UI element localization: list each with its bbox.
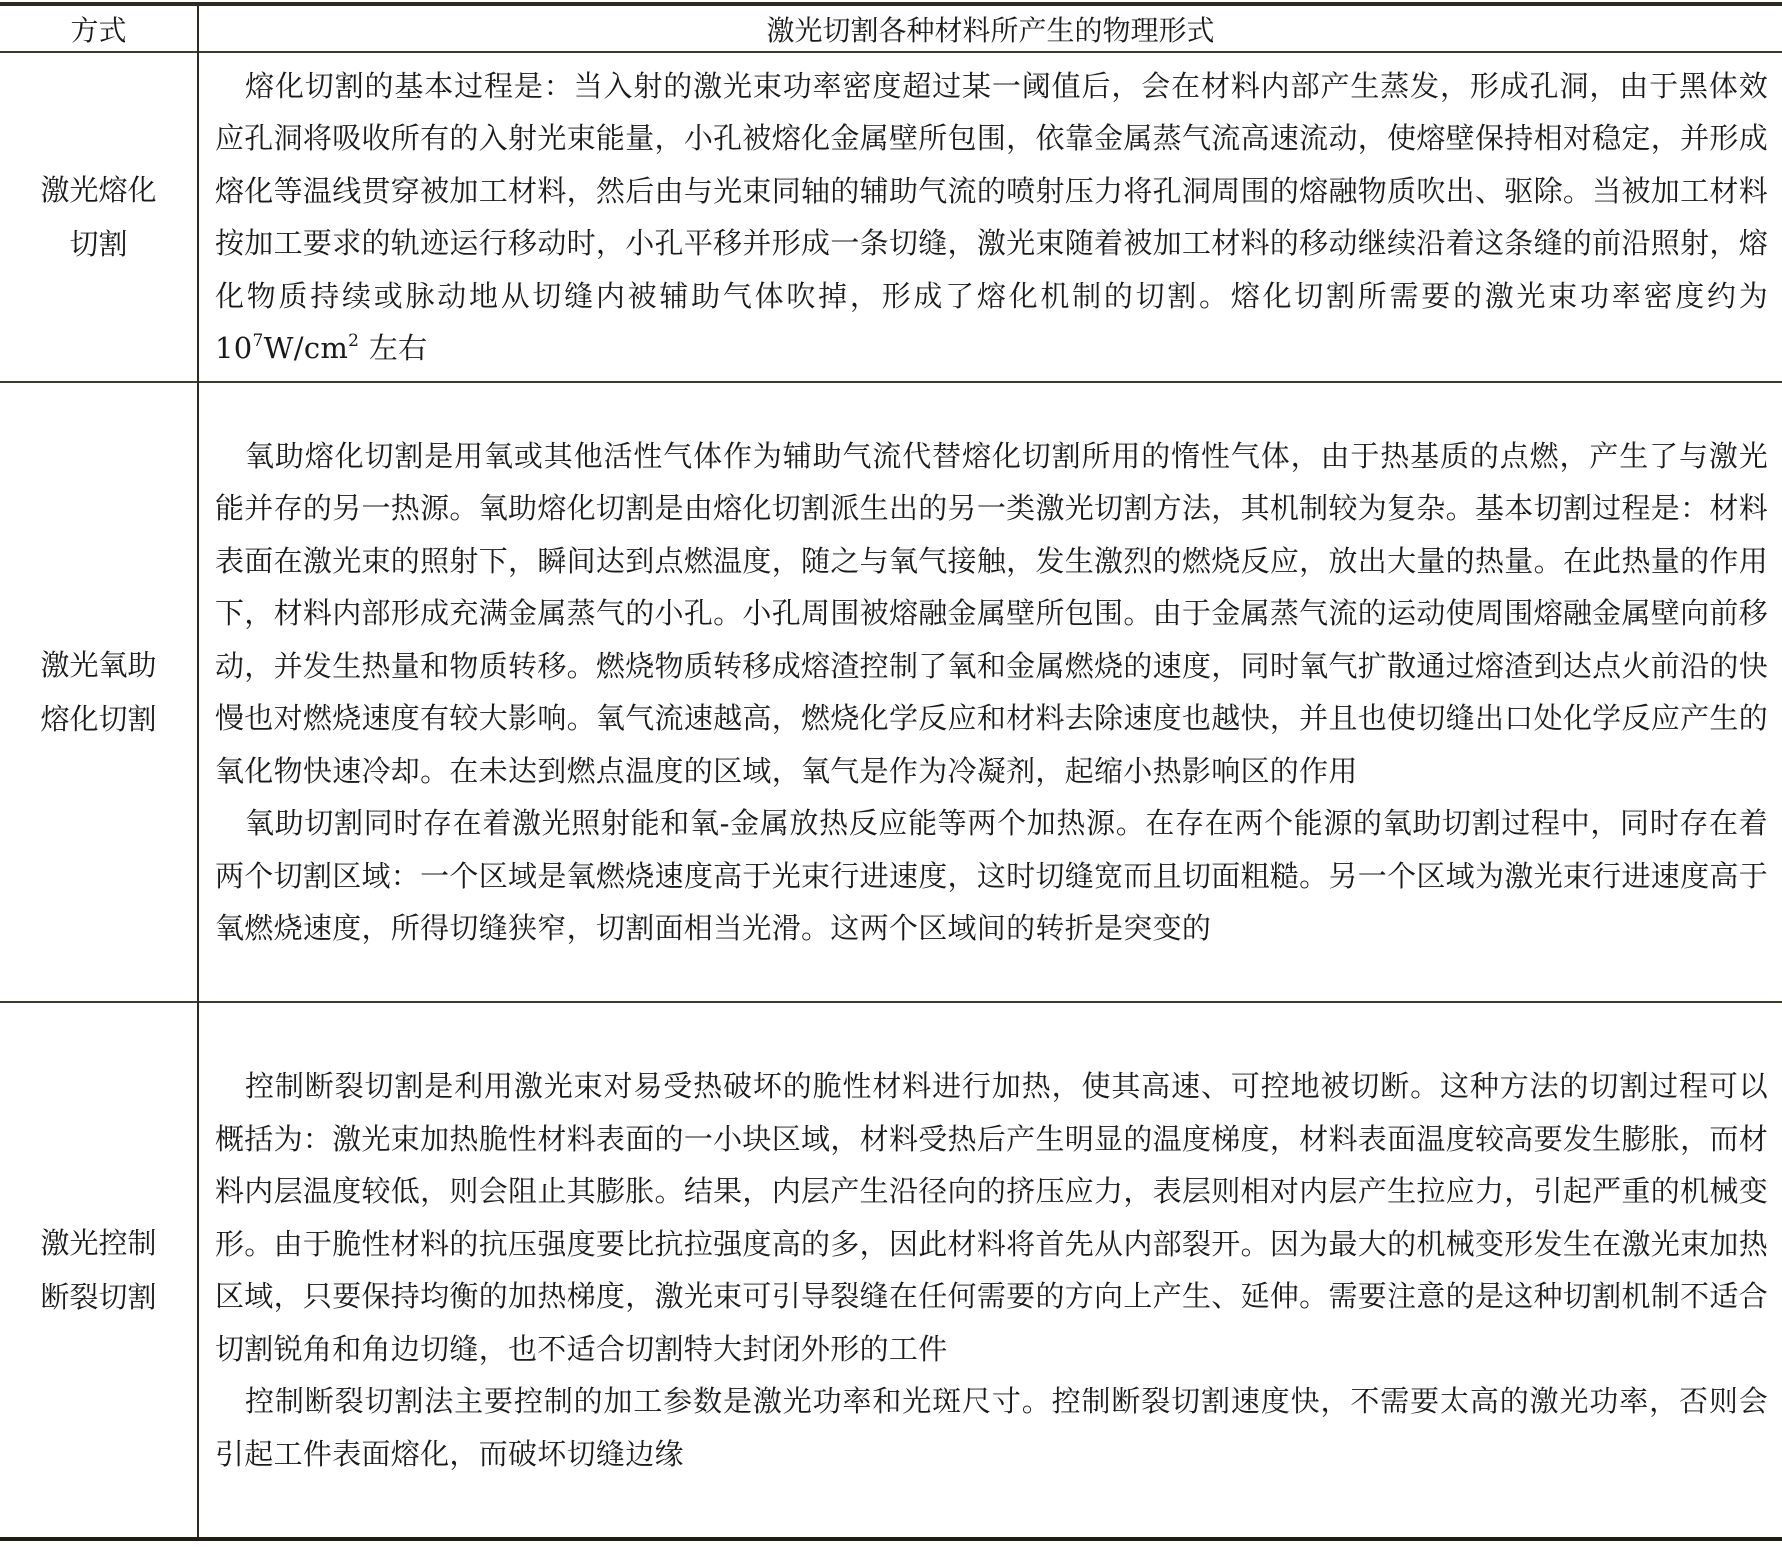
paragraph-tail: 左右 bbox=[359, 331, 427, 365]
method-cell: 激光氧助 熔化切割 bbox=[0, 382, 198, 1002]
description-cell: 熔化切割的基本过程是：当入射的激光束功率密度超过某一阈值后，会在材料内部产生蒸发… bbox=[198, 52, 1782, 382]
table-row-melt-cutting: 激光熔化 切割 熔化切割的基本过程是：当入射的激光束功率密度超过某一阈值后，会在… bbox=[0, 52, 1782, 382]
description-cell: 控制断裂切割是利用激光束对易受热破坏的脆性材料进行加热，使其高速、可控地被切断。… bbox=[198, 1002, 1782, 1539]
description-paragraph: 控制断裂切割法主要控制的加工参数是激光功率和光斑尺寸。控制断裂切割速度快，不需要… bbox=[215, 1375, 1768, 1480]
paragraph-text: 熔化切割的基本过程是：当入射的激光束功率密度超过某一阈值后，会在材料内部产生蒸发… bbox=[215, 69, 1768, 313]
table-body: 激光熔化 切割 熔化切割的基本过程是：当入射的激光束功率密度超过某一阈值后，会在… bbox=[0, 52, 1782, 1539]
description-paragraph: 熔化切割的基本过程是：当入射的激光束功率密度超过某一阈值后，会在材料内部产生蒸发… bbox=[215, 60, 1768, 375]
description-cell: 氧助熔化切割是用氧或其他活性气体作为辅助气流代替熔化切割所用的惰性气体，由于热基… bbox=[198, 382, 1782, 1002]
header-description: 激光切割各种材料所产生的物理形式 bbox=[198, 4, 1782, 52]
method-cell: 激光控制 断裂切割 bbox=[0, 1002, 198, 1539]
method-cell: 激光熔化 切割 bbox=[0, 52, 198, 382]
power-density-formula: 107W/cm2 bbox=[215, 331, 359, 365]
description-paragraph: 氧助熔化切割是用氧或其他活性气体作为辅助气流代替熔化切割所用的惰性气体，由于热基… bbox=[215, 430, 1768, 798]
method-label: 激光熔化 切割 bbox=[0, 163, 197, 271]
table-row-controlled-fracture-cutting: 激光控制 断裂切割 控制断裂切割是利用激光束对易受热破坏的脆性材料进行加热，使其… bbox=[0, 1002, 1782, 1539]
header-method: 方式 bbox=[0, 4, 198, 52]
description-paragraph: 控制断裂切割是利用激光束对易受热破坏的脆性材料进行加热，使其高速、可控地被切断。… bbox=[215, 1060, 1768, 1375]
table-header: 方式 激光切割各种材料所产生的物理形式 bbox=[0, 4, 1782, 52]
laser-cutting-table: 方式 激光切割各种材料所产生的物理形式 激光熔化 切割 熔化切割的基本过程是：当… bbox=[0, 2, 1782, 1541]
table-row-oxygen-assisted-cutting: 激光氧助 熔化切割 氧助熔化切割是用氧或其他活性气体作为辅助气流代替熔化切割所用… bbox=[0, 382, 1782, 1002]
method-label: 激光控制 断裂切割 bbox=[0, 1216, 197, 1324]
header-row: 方式 激光切割各种材料所产生的物理形式 bbox=[0, 4, 1782, 52]
method-label: 激光氧助 熔化切割 bbox=[0, 638, 197, 746]
description-paragraph: 氧助切割同时存在着激光照射能和氧-金属放热反应能等两个加热源。在存在两个能源的氧… bbox=[215, 797, 1768, 955]
